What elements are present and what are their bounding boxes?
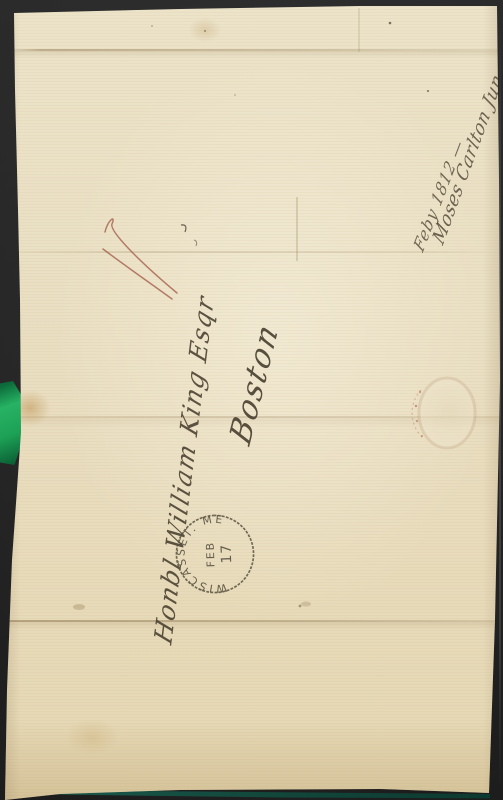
- fold-crease-lower-shade: [0, 622, 503, 630]
- docket-name-line: Moses Carlton Jun: [429, 69, 503, 248]
- fold-crease-vertical: [296, 197, 298, 261]
- fold-crease-top: [0, 49, 503, 51]
- docket-date-line: Feby 1812 —: [410, 134, 468, 255]
- postmark-day-text: 17: [219, 543, 236, 563]
- red-rate-marks: [103, 219, 177, 299]
- fold-crease-middle: [0, 416, 503, 418]
- fold-crease-top-shade: [0, 51, 503, 58]
- address-city-line: Boston: [224, 316, 286, 450]
- wax-seal-residue: [412, 378, 475, 448]
- fold-crease-vertical-top: [358, 8, 360, 52]
- ink-marks-layer: [0, 0, 503, 800]
- fold-crease-lower: [0, 620, 503, 622]
- letter-sheet: Feby 1812 — Moses Carlton Jun Honbl Will…: [0, 0, 503, 800]
- postmark-stamp: WISCASSET. ME FEB 17: [166, 505, 263, 602]
- fold-crease-middle-shade: [0, 418, 503, 428]
- postmark-month-text: FEB: [204, 541, 218, 568]
- photo-backdrop: Feby 1812 — Moses Carlton Jun Honbl Will…: [0, 0, 503, 800]
- fold-crease-upper: [0, 251, 503, 253]
